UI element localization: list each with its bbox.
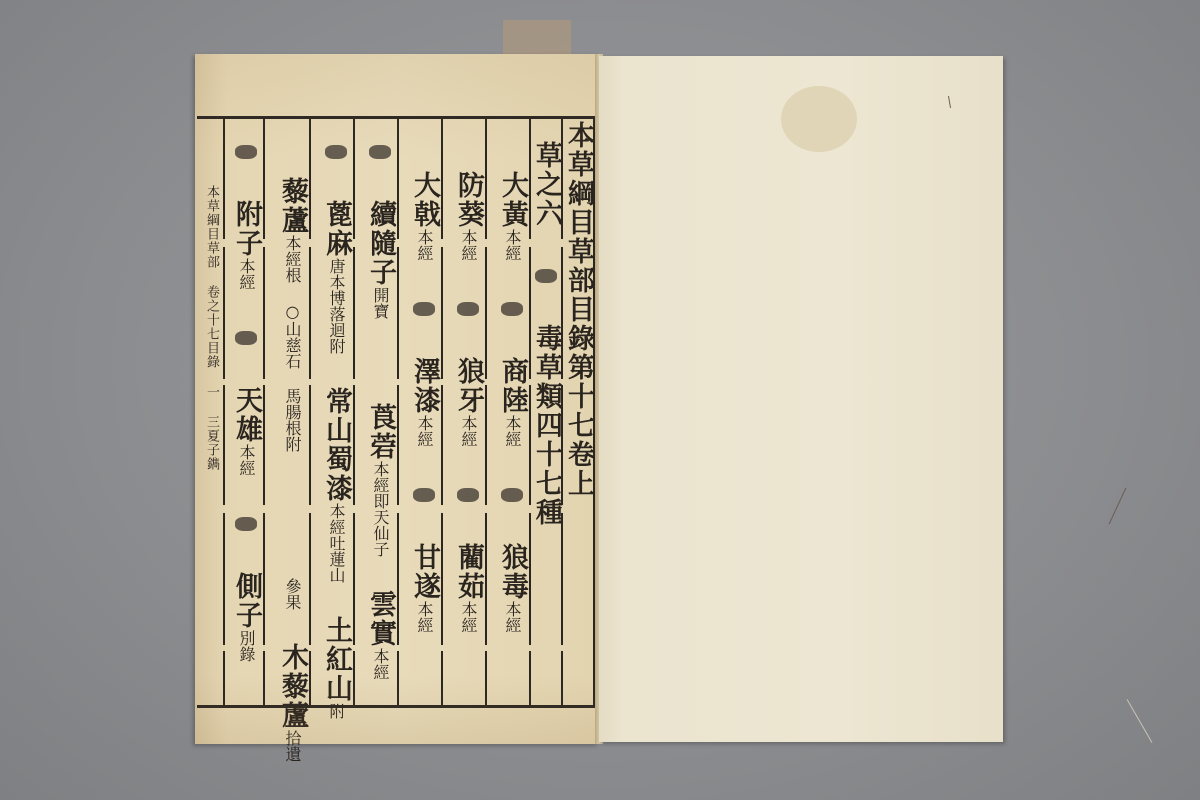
column-rule bbox=[485, 119, 487, 705]
column-rule bbox=[263, 119, 265, 705]
column-rule bbox=[397, 119, 399, 705]
left-page: 本草綱目草部 卷之十七目錄 一 三夏子鐫 附子本經 天雄本經 側子別錄 bbox=[195, 54, 599, 744]
column-rule bbox=[309, 119, 311, 705]
column-row7: 附子本經 天雄本經 側子別錄 bbox=[225, 119, 261, 723]
column-row5: 蓖麻唐本博落迴附 常山蜀漆本經吐蓮山 土紅山附 bbox=[311, 119, 351, 723]
fiber-mark bbox=[948, 96, 951, 108]
section-subtitle: 毒草類四十七種 bbox=[531, 324, 562, 527]
column-rule bbox=[529, 119, 531, 705]
column-row3: 大戟本經 澤漆本經 甘遂本經 bbox=[399, 119, 439, 757]
margin-carver: 三夏子鐫 bbox=[204, 415, 219, 471]
right-page: 117 400 14 bbox=[599, 56, 1003, 742]
column-row6: 藜蘆本經根 ○山慈石 馬腸根附 參果 木藜蘆拾遺 bbox=[265, 119, 307, 763]
page-title: 本草綱目草部目錄第十七卷上 bbox=[563, 121, 594, 498]
water-stain bbox=[781, 86, 857, 152]
column-row4: 續隨子開寶 莨菪本經即天仙子 雲實本經 bbox=[355, 119, 395, 723]
column-row2: 防葵本經 狼牙本經 藺茹本經 bbox=[443, 119, 483, 757]
margin-book-title: 本草綱目草部 bbox=[204, 185, 219, 269]
column-row1: 大黃本經 商陸本經 狼毒本經 bbox=[487, 119, 527, 757]
column-rule bbox=[441, 119, 443, 705]
column-rule bbox=[353, 119, 355, 705]
column-title: 本草綱目草部目錄第十七卷上 bbox=[563, 119, 593, 707]
column-rule bbox=[561, 119, 563, 705]
color-reference-tab bbox=[503, 20, 571, 58]
printed-frame: 本草綱目草部 卷之十七目錄 一 三夏子鐫 附子本經 天雄本經 側子別錄 bbox=[197, 116, 596, 708]
column-rule bbox=[223, 119, 225, 705]
column-section: 草之六 毒草類四十七種 bbox=[531, 119, 561, 727]
open-book: 本草綱目草部 卷之十七目錄 一 三夏子鐫 附子本經 天雄本經 側子別錄 bbox=[195, 54, 1003, 744]
margin-column: 本草綱目草部 卷之十七目錄 一 三夏子鐫 bbox=[199, 185, 221, 765]
margin-page-number: 一 bbox=[204, 385, 219, 399]
section-heading: 草之六 bbox=[531, 141, 562, 228]
margin-volume: 卷之十七目錄 bbox=[204, 285, 219, 369]
